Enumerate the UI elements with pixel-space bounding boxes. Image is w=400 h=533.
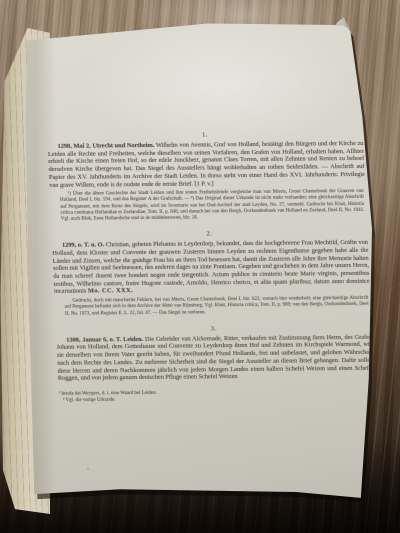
entry-paragraph: 1299, o. T. u. O. Christian, geheten Ple… <box>52 239 370 296</box>
footnote-line: ² Vgl. die vorige Urkunde. <box>63 396 255 404</box>
catalog-entry-3: 3. 1300, Januar 6, o. T. Leiden. Die Geb… <box>56 324 374 383</box>
entry-number: 1. <box>47 130 363 140</box>
entry-paragraph: 1300, Januar 6, o. T. Leiden. Die Gebrüd… <box>56 334 374 383</box>
entry-paragraph: 1298, Mai 2, Utrecht und Northeim. Wilhe… <box>47 140 365 189</box>
printed-text-block: 1. 1298, Mai 2, Utrecht und Northeim. Wi… <box>47 130 375 405</box>
entry-date-lead: 1299, o. T. u. O. <box>62 242 104 249</box>
book-page: 1. 1298, Mai 2, Utrecht und Northeim. Wi… <box>0 0 400 533</box>
entry-number: 3. <box>56 324 372 334</box>
catalog-entry-2: 2. 1299, o. T. u. O. Christian, geheten … <box>51 229 371 318</box>
book: 1. 1298, Mai 2, Utrecht und Northeim. Wi… <box>0 0 400 533</box>
entry-annotations: Gedruckt, doch mit mancherlei Fehlern, b… <box>64 296 369 318</box>
photo-of-open-book: 1. 1298, Mai 2, Utrecht und Northeim. Wi… <box>0 0 400 533</box>
footnote-block: ¹ Insula dei Weygers, d. i. eine Waard b… <box>59 390 255 405</box>
entry-latin-date: Mo. CC. XXX. <box>88 288 133 295</box>
catalog-entry-1: 1. 1298, Mai 2, Utrecht und Northeim. Wi… <box>47 130 367 223</box>
entry-annotations: ¹) Über die ältere Geschichte der Stadt … <box>60 189 365 223</box>
entry-date-lead: 1298, Mai 2, Utrecht und Northeim. <box>57 142 154 150</box>
entry-number: 2. <box>51 229 367 239</box>
